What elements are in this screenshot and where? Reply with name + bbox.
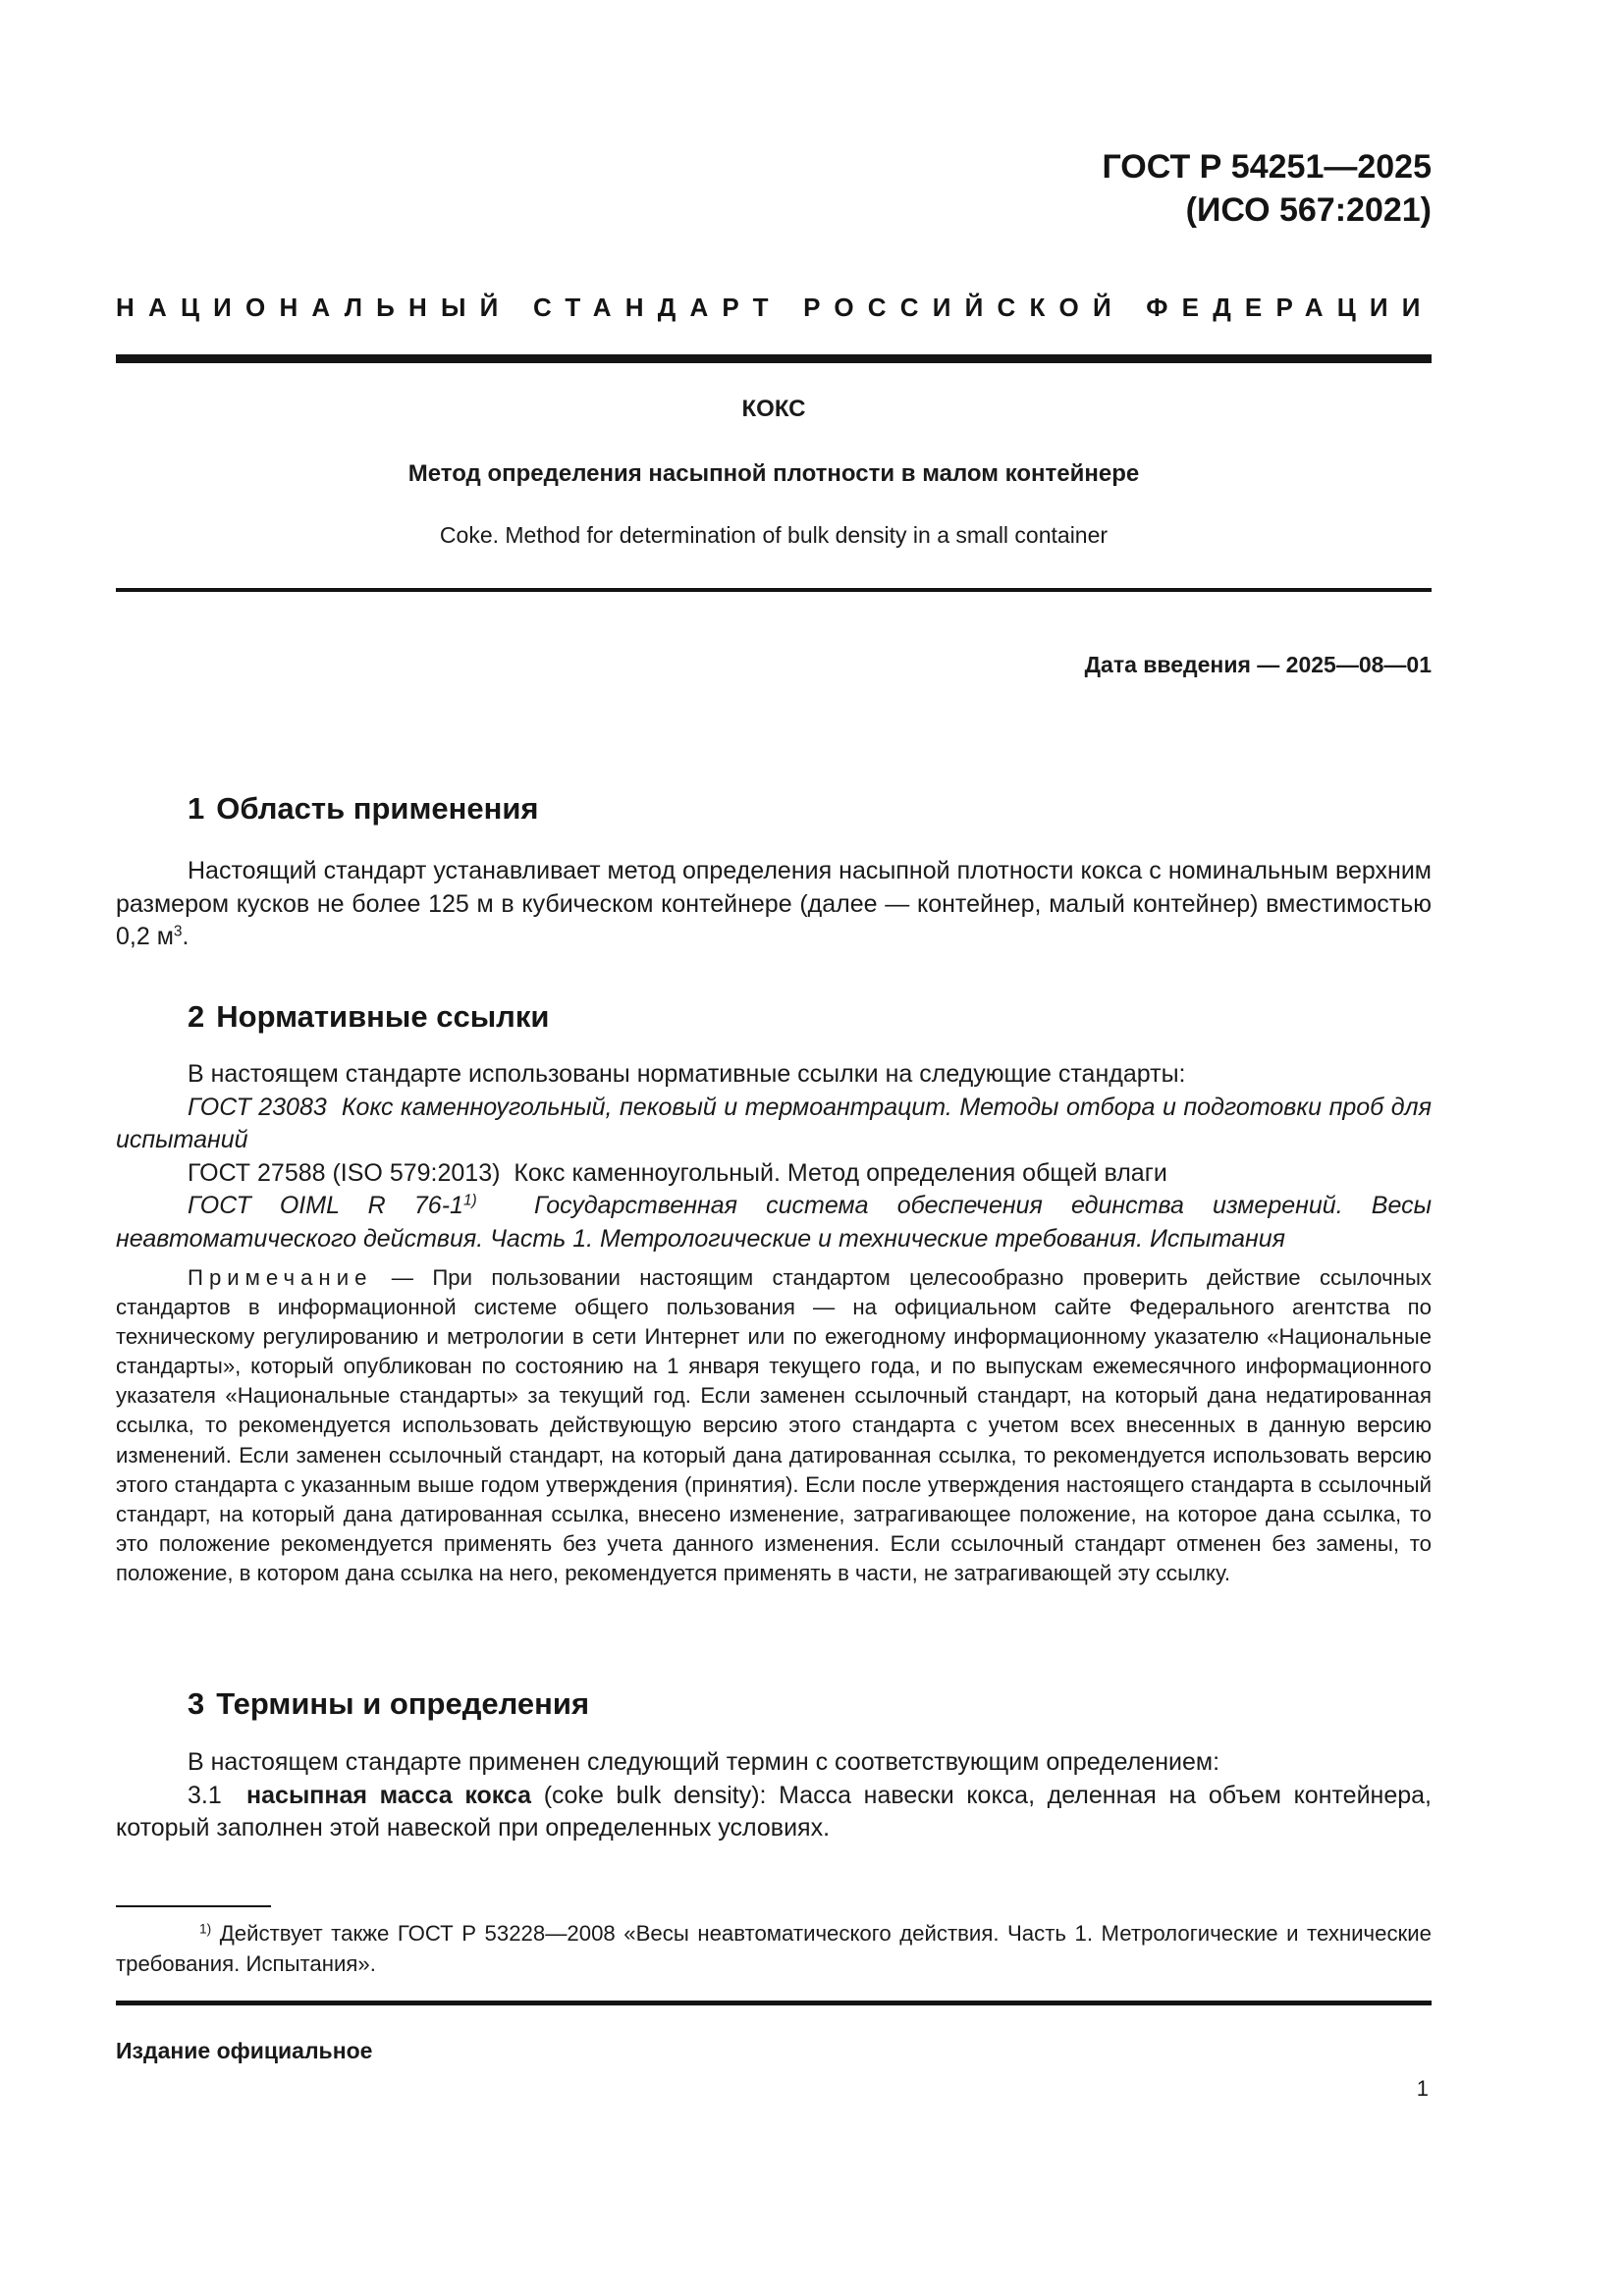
reference-code: ГОСТ 23083 xyxy=(188,1094,327,1121)
reference-title: Кокс каменноугольный. Метод определения … xyxy=(514,1159,1166,1187)
section-2-body: В настоящем стандарте использованы норма… xyxy=(116,1058,1432,1255)
header-rule xyxy=(116,354,1432,363)
official-edition-label: Издание официальное xyxy=(116,2036,1432,2065)
term-english: (coke bulk density): xyxy=(544,1782,767,1809)
section-heading-1: 1Область применения xyxy=(188,790,539,828)
references-note: Примечание — При пользовании настоящим с… xyxy=(116,1263,1432,1588)
page-number: 1 xyxy=(116,2075,1432,2103)
terms-intro: В настоящем стандарте применен следующий… xyxy=(116,1746,1432,1780)
section-title: Термины и определения xyxy=(216,1686,589,1721)
footnote: 1) Действует также ГОСТ Р 53228—2008 «Ве… xyxy=(116,1918,1432,1979)
term-number: 3.1 xyxy=(188,1782,222,1809)
reference-item: ГОСТ 23083 Кокс каменноугольный, пековый… xyxy=(116,1092,1432,1157)
document-title: КОКС xyxy=(116,395,1432,424)
section-number: 2 xyxy=(188,999,204,1034)
scope-paragraph: Настоящий стандарт устанавливает метод о… xyxy=(116,855,1432,954)
scope-text: Настоящий стандарт устанавливает метод о… xyxy=(116,857,1432,950)
designation-gost: ГОСТ Р 54251—2025 xyxy=(116,145,1432,188)
footnote-mark: 1) xyxy=(199,1921,211,1936)
section-3-body: В настоящем стандарте применен следующий… xyxy=(116,1746,1432,1845)
scope-tail: . xyxy=(183,923,189,950)
document-title-english: Coke. Method for determination of bulk d… xyxy=(116,520,1432,550)
national-standard-banner: НАЦИОНАЛЬНЫЙ СТАНДАРТ РОССИЙСКОЙ ФЕДЕРАЦ… xyxy=(116,291,1432,324)
reference-code: ГОСТ 27588 (ISO 579:2013) xyxy=(188,1159,500,1187)
section-number: 1 xyxy=(188,791,204,826)
note-label: Примечание xyxy=(188,1265,372,1290)
note-text: — При пользовании настоящим стандартом ц… xyxy=(116,1265,1432,1585)
section-heading-2: 2Нормативные ссылки xyxy=(188,998,549,1036)
section-title: Область применения xyxy=(216,791,538,826)
standard-designation: ГОСТ Р 54251—2025 (ИСО 567:2021) xyxy=(116,145,1432,232)
footnote-mark: 1) xyxy=(463,1192,477,1208)
reference-item: ГОСТ 27588 (ISO 579:2013) Кокс каменноуг… xyxy=(116,1157,1432,1191)
section-heading-3: 3Термины и определения xyxy=(188,1685,589,1723)
reference-code: ГОСТ OIML R 76-1 xyxy=(188,1192,463,1219)
footer-rule xyxy=(116,2001,1432,2005)
document-subtitle: Метод определения насыпной плотности в м… xyxy=(116,459,1432,489)
reference-item: ГОСТ OIML R 76-11) Государственная систе… xyxy=(116,1190,1432,1255)
introduction-date: Дата введения — 2025—08—01 xyxy=(116,650,1432,679)
references-intro: В настоящем стандарте использованы норма… xyxy=(116,1058,1432,1092)
term-entry: 3.1 насыпная масса кокса (coke bulk dens… xyxy=(116,1780,1432,1845)
footnote-text: Действует также ГОСТ Р 53228—2008 «Весы … xyxy=(116,1921,1432,1976)
title-rule xyxy=(116,588,1432,592)
section-title: Нормативные ссылки xyxy=(216,999,549,1034)
term-name: насыпная масса кокса xyxy=(246,1782,531,1809)
designation-iso: (ИСО 567:2021) xyxy=(116,188,1432,232)
footnote-separator xyxy=(116,1905,271,1907)
superscript: 3 xyxy=(174,923,183,939)
section-1-body: Настоящий стандарт устанавливает метод о… xyxy=(116,855,1432,954)
section-number: 3 xyxy=(188,1686,204,1721)
